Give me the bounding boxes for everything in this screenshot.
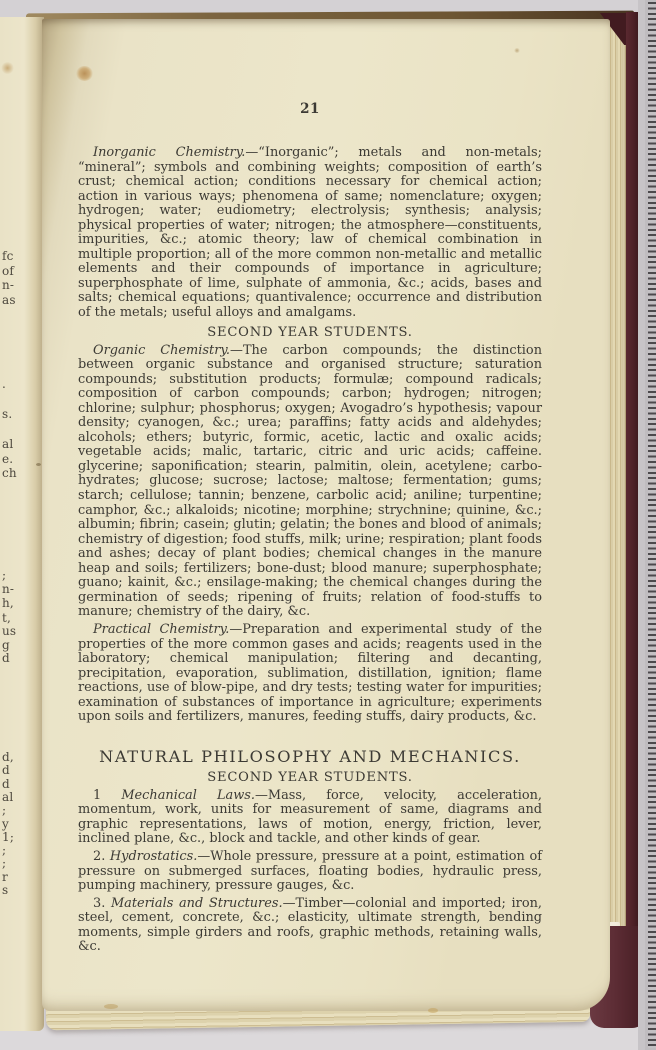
paragraph: Practical Chemistry.—Preparation and exp… <box>78 623 542 725</box>
paragraph-lead: Hydrostatics. <box>110 849 197 864</box>
facing-page-fragment: d <box>2 764 22 776</box>
paragraph-number: 1 <box>93 788 121 803</box>
paragraph: 2. Hydrostatics.—Whole pressure, pressur… <box>78 850 542 894</box>
paragraph-number: 3. <box>93 896 111 911</box>
measuring-scale-strip <box>645 0 656 1050</box>
paragraph-number: 2. <box>93 849 110 864</box>
facing-page-fragment: t, <box>2 612 22 624</box>
ink-speck <box>36 463 41 466</box>
facing-page-fragment: al <box>2 791 22 803</box>
facing-page-fragment: s <box>2 884 22 896</box>
facing-page-fragments: fcofn-as.s.ale.ch;n-h,t,usgdd,ddal;y1;;;… <box>0 0 24 1050</box>
facing-page-fragment: y <box>2 818 22 830</box>
facing-page-fragment: ; <box>2 569 22 581</box>
facing-page-fragment: ch <box>2 467 22 479</box>
foxing-stain <box>428 1008 438 1013</box>
paragraph-lead: Inorganic Chemistry. <box>93 145 245 160</box>
foxing-stain <box>514 48 520 53</box>
paragraph-text: —Preparation and experimental study of t… <box>78 622 542 724</box>
facing-page-fragment: r <box>2 871 22 883</box>
paragraph: 1 Mechanical Laws.—Mass, force, velocity… <box>78 789 542 847</box>
facing-page-fragment: d <box>2 652 22 664</box>
facing-page-fragment: al <box>2 438 22 450</box>
heading: SECOND YEAR STUDENTS. <box>78 770 542 785</box>
facing-page-fragment: s. <box>2 408 22 420</box>
facing-page-fragment: ; <box>2 804 22 816</box>
foxing-stain <box>104 1004 118 1009</box>
facing-page-fragment: n- <box>2 583 22 595</box>
paragraph-lead: Materials and Structures. <box>111 896 283 911</box>
paragraph-lead: Organic Chemistry. <box>93 343 230 358</box>
section-title: NATURAL PHILOSOPHY AND MECHANICS. <box>78 747 542 766</box>
facing-page-fragment: d <box>2 778 22 790</box>
facing-page-fragment: d, <box>2 751 22 763</box>
facing-page-fragment: ; <box>2 857 22 869</box>
foxing-stain <box>76 66 93 81</box>
facing-page-fragment: fc <box>2 250 22 262</box>
page-stack-right-edge <box>608 26 628 998</box>
paragraph-lead: Mechanical Laws. <box>121 788 255 803</box>
page-number: 21 <box>78 101 542 117</box>
facing-page-fragment: h, <box>2 597 22 609</box>
paragraph: Organic Chemistry.—The carbon compounds;… <box>78 344 542 620</box>
facing-page-fragment: n- <box>2 279 22 291</box>
facing-page-fragment: ; <box>2 844 22 856</box>
facing-page-fragment: us <box>2 625 22 637</box>
paragraph: 3. Materials and Structures.—Timber—colo… <box>78 897 542 955</box>
paragraph-text: —The carbon compounds; the distinction b… <box>78 343 542 620</box>
facing-page-fragment: as <box>2 294 22 306</box>
facing-page-fragment: 1; <box>2 831 22 843</box>
paragraph-text: —“Inorganic”; metals and non-metals; “mi… <box>78 145 542 320</box>
heading: SECOND YEAR STUDENTS. <box>78 325 542 340</box>
paragraph: Inorganic Chemistry.—“Inorganic”; metals… <box>78 146 542 321</box>
facing-page-fragment: e. <box>2 453 22 465</box>
facing-page-fragment: . <box>2 378 22 390</box>
facing-page-fragment: g <box>2 639 22 651</box>
facing-page-fragment: of <box>2 265 22 277</box>
paragraph-lead: Practical Chemistry. <box>93 622 229 637</box>
scale-tick-marks <box>648 2 656 1048</box>
text-column: 21 Inorganic Chemistry.—“Inorganic”; met… <box>78 101 542 958</box>
